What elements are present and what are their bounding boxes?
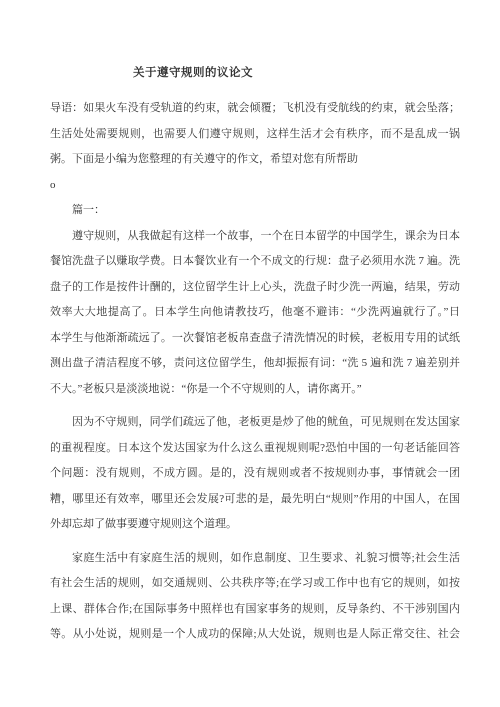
text-line: 因为不守规则，同学们疏远了他，老板更是炒了他的鱿鱼，可见规则在发达国家 — [50, 410, 460, 436]
text-line: 有社会生活的规则，如交通规则、公共秩序等;在学习或工作中也有它的规则，如按时 — [50, 571, 460, 597]
text-line: 外却忘却了做事要遵守规则这个道理。 — [50, 512, 460, 538]
text-line: 个问题：没有规则，不成方圆。是的，没有规则或者不按规则办事，事情就会一团 — [50, 461, 460, 487]
document-body: 导语：如果火车没有受轨道的约束，就会倾覆；飞机没有受航线的约束，就会坠落；生活处… — [50, 96, 460, 648]
document-content: 关于遵守规则的议论文 导语：如果火车没有受轨道的约束，就会倾覆；飞机没有受航线的… — [50, 60, 460, 648]
text-line: 篇一： — [50, 198, 460, 224]
text-line: 生活处处需要规则，也需要人们遵守规则，这样生活才会有秩序，而不是乱成一锅 — [50, 122, 460, 148]
text-line: 粥。下面是小编为您整理的有关遵守的作文，希望对您有所帮助 — [50, 147, 460, 173]
text-line: o — [50, 173, 460, 199]
text-line: 等。从小处说，规则是一个人成功的保障;从大处说，规则也是人际正常交往、社会正 — [50, 622, 460, 648]
text-line: 效率大大地提高了。日本学生向他请教技巧，他毫不避讳：“少洗两遍就行了。”日 — [50, 300, 460, 326]
text-line: 遵守规则，从我做起有这样一个故事，一个在日本留学的中国学生，课余为日本 — [50, 224, 460, 250]
text-line: 家庭生活中有家庭生活的规则，如作息制度、卫生要求、礼貌习惯等;社会生活中 — [50, 546, 460, 572]
document-page: 关于遵守规则的议论文 导语：如果火车没有受轨道的约束，就会倾覆；飞机没有受航线的… — [0, 0, 500, 707]
text-line: 本学生与他渐渐疏远了。一次餐馆老板帛查盘子清洗情况的时候，老板用专用的试纸 — [50, 326, 460, 352]
text-line: 的重视程度。日本这个发达国家为什么这么重视规则呢?恐怕中国的一句老话能回答这 — [50, 436, 460, 462]
text-line: 盘子的工作是按件计酬的，这位留学生计上心头，洗盘子时少洗一两遍，结果，劳动 — [50, 275, 460, 301]
text-line: 糟，哪里还有效率，哪里还会发展?可悲的是，最先明白“规则”作用的中国人，在国 — [50, 487, 460, 513]
document-title: 关于遵守规则的议论文 — [133, 60, 460, 86]
text-line: 餐馆洗盘子以赚取学费。日本餐饮业有一个不成文的行规：盘子必须用水洗 7 遍。洗 — [50, 249, 460, 275]
text-line: 上课、群体合作;在国际事务中照样也有国家事务的规则，反导条约、不干涉别国内政 — [50, 597, 460, 623]
text-line: 不大。”老板只是淡淡地说：“你是一个不守规则的人，请你离开。” — [50, 377, 460, 403]
text-line: 导语：如果火车没有受轨道的约束，就会倾覆；飞机没有受航线的约束，就会坠落； — [50, 96, 460, 122]
text-line: 测出盘子清洁程度不够，责问这位留学生，他却振振有词：“洗 5 遍和洗 7 遍差别… — [50, 351, 460, 377]
